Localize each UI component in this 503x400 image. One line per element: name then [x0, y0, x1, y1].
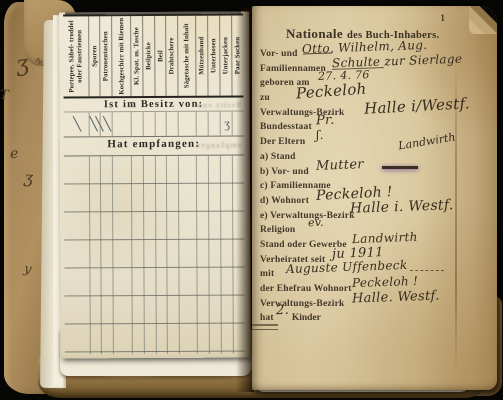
grid-column [208, 156, 221, 354]
form-row: Familiennamen Schulte zur Sierlage [260, 58, 491, 73]
mark-cell [155, 112, 166, 136]
column-header: Sporen [88, 16, 99, 96]
footnote-stub [252, 324, 278, 331]
personal-data-form: Vor- und Otto, Wilhelm, Aug. Familiennam… [260, 43, 491, 322]
offset-print-imprint: empfangen [195, 138, 242, 153]
mark-cell [196, 112, 208, 136]
field-label: hat [260, 313, 274, 323]
equipment-table: Portepee, Säbel- troddel oder Faustrieme… [63, 14, 245, 359]
offset-print-imprint: Besitz von [197, 99, 242, 112]
grid-column [166, 156, 179, 354]
possession-marks-row: ╲ ╲╲ ╲ ʒ [64, 111, 244, 138]
column-header: Kochgeschirr mit Riemen [111, 16, 130, 96]
crossed-out-word: ——— [382, 160, 418, 174]
left-page-equipment-table: Portepee, Säbel- troddel oder Faustrieme… [59, 12, 251, 359]
handwritten-entry: Auguste Uffenbeck [286, 258, 408, 276]
section-title-possession: Ist im Besitz von: Besitz von [64, 98, 244, 112]
grid-column [100, 156, 113, 354]
mark-cell [166, 112, 178, 136]
title-word: Nationale [286, 26, 343, 41]
page-number: 1 [440, 14, 445, 24]
handwritten-entry: Mutter [316, 157, 364, 174]
column-header: Beil [154, 16, 165, 96]
mark-cell: ʒ [220, 112, 232, 136]
handwritten-entry: Halle. Westf. [352, 288, 440, 306]
grid-column [220, 156, 233, 354]
handwritten-entry: Halle i. Westf. [350, 197, 454, 217]
handwritten-entry: Pr. [316, 113, 335, 129]
mark-cell [131, 112, 143, 136]
mark-cell: ╲ [64, 112, 89, 136]
grid-column [64, 156, 90, 354]
field-label: Kinder [292, 313, 321, 323]
handwritten-entry: Peckeloh ! [352, 274, 419, 290]
grid-column [112, 156, 132, 354]
section-title-received: Hat empfangen: empfangen [64, 137, 244, 153]
handwritten-entry: ʃ. [316, 128, 324, 142]
cover-mark: ʒ [23, 168, 33, 188]
grid-column [143, 156, 156, 354]
grid-column [178, 156, 197, 354]
form-row: Bundesstaat Pr. [260, 116, 491, 131]
mark-cell [208, 112, 220, 136]
handwritten-entry: Peckeloh [295, 80, 367, 103]
form-row: Verwaltungs-Bezirk Halle i/Westf. [260, 102, 491, 117]
column-header: Mützenband [195, 16, 207, 96]
column-header: Patronentaschen [99, 16, 111, 96]
column-header: Kl. Spat. m. Tasche [130, 16, 142, 96]
handwritten-entry: ev. [308, 216, 324, 230]
form-row: b) Vor- und Mutter ——— [260, 161, 491, 176]
right-page-nationale-form: 1 Nationale des Buch-Inhabers. Vor- und … [252, 6, 497, 390]
column-header: Unterjacken [219, 16, 231, 96]
mark-cell [143, 112, 155, 136]
handwritten-entry: Landwirth [352, 230, 418, 246]
column-header: Beilpicke [142, 16, 154, 96]
form-row: a) Stand [260, 146, 491, 161]
handwritten-entry: 2. [276, 303, 290, 318]
mark-cell [112, 112, 131, 136]
cover-mark: e [9, 146, 19, 163]
form-row-children: hat 2. Kinder [260, 307, 491, 322]
grid-column [131, 156, 144, 354]
soldbuch-photo: ʒ ∿∿∿ e ʒ y T Portepee, Säbel- troddel o… [0, 0, 503, 400]
table-header-row: Portepee, Säbel- troddel oder Faustrieme… [63, 14, 243, 99]
mark-cell: ╲ [100, 112, 112, 136]
column-header: Drahtschere [165, 16, 177, 96]
form-row: Der Eltern ʃ. Landwirth [260, 131, 491, 146]
column-header: Portepee, Säbel- troddel oder Faustrieme… [63, 16, 88, 96]
mark-cell [178, 112, 196, 136]
mark-cell: ╲╲ [89, 112, 100, 136]
cover-mark: T [0, 88, 9, 103]
empty-entry-grid [64, 155, 245, 355]
form-row: e) Verwaltungs-Bezirk Halle i. Westf. [260, 205, 491, 220]
form-row: Verwaltungs-Bezirk Halle. Westf. [260, 293, 491, 308]
column-header: Sägetasche mit Inhalt [177, 16, 195, 96]
column-header: Unterhosen [207, 16, 219, 96]
grid-column [196, 156, 209, 354]
